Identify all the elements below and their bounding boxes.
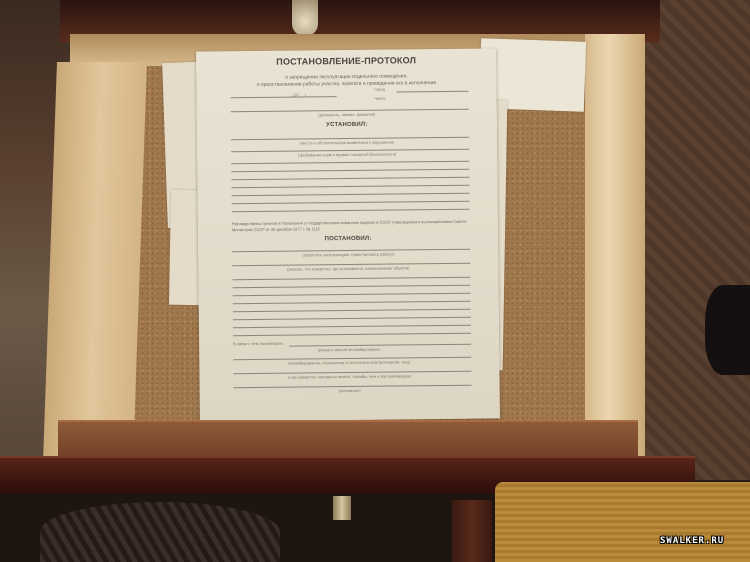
upholstered-chair [495, 482, 750, 562]
watermark: SWALKER.RU [660, 536, 724, 546]
chair-leg [452, 500, 492, 562]
legal-basis-text: Руководствуясь пунктом 8 Положения о гос… [232, 219, 478, 234]
caption-method: (указать способ опломбирования, [199, 345, 499, 353]
city-label: город [374, 87, 384, 92]
drawer-right-wall [585, 34, 645, 464]
section-decided-heading: ПОСТАНОВИЛ: [198, 234, 498, 243]
drawer-knob-bottom[interactable] [333, 496, 351, 520]
drawer-left-wall [43, 62, 147, 462]
year-label: 197__ г. [293, 92, 307, 97]
shoe [705, 285, 750, 375]
drawer-knob-top [292, 0, 318, 36]
document-sheet: ПОСТАНОВЛЕНИЕ-ПРОТОКОЛ о запрещении эксп… [196, 48, 500, 421]
date-label: число [375, 96, 386, 101]
executed-label: В связи с чем произведено [233, 341, 283, 347]
document-title: ПОСТАНОВЛЕНИЕ-ПРОТОКОЛ [196, 54, 496, 67]
section-established-heading: УСТАНОВИЛ: [197, 120, 497, 129]
wicker-basket [40, 502, 280, 562]
